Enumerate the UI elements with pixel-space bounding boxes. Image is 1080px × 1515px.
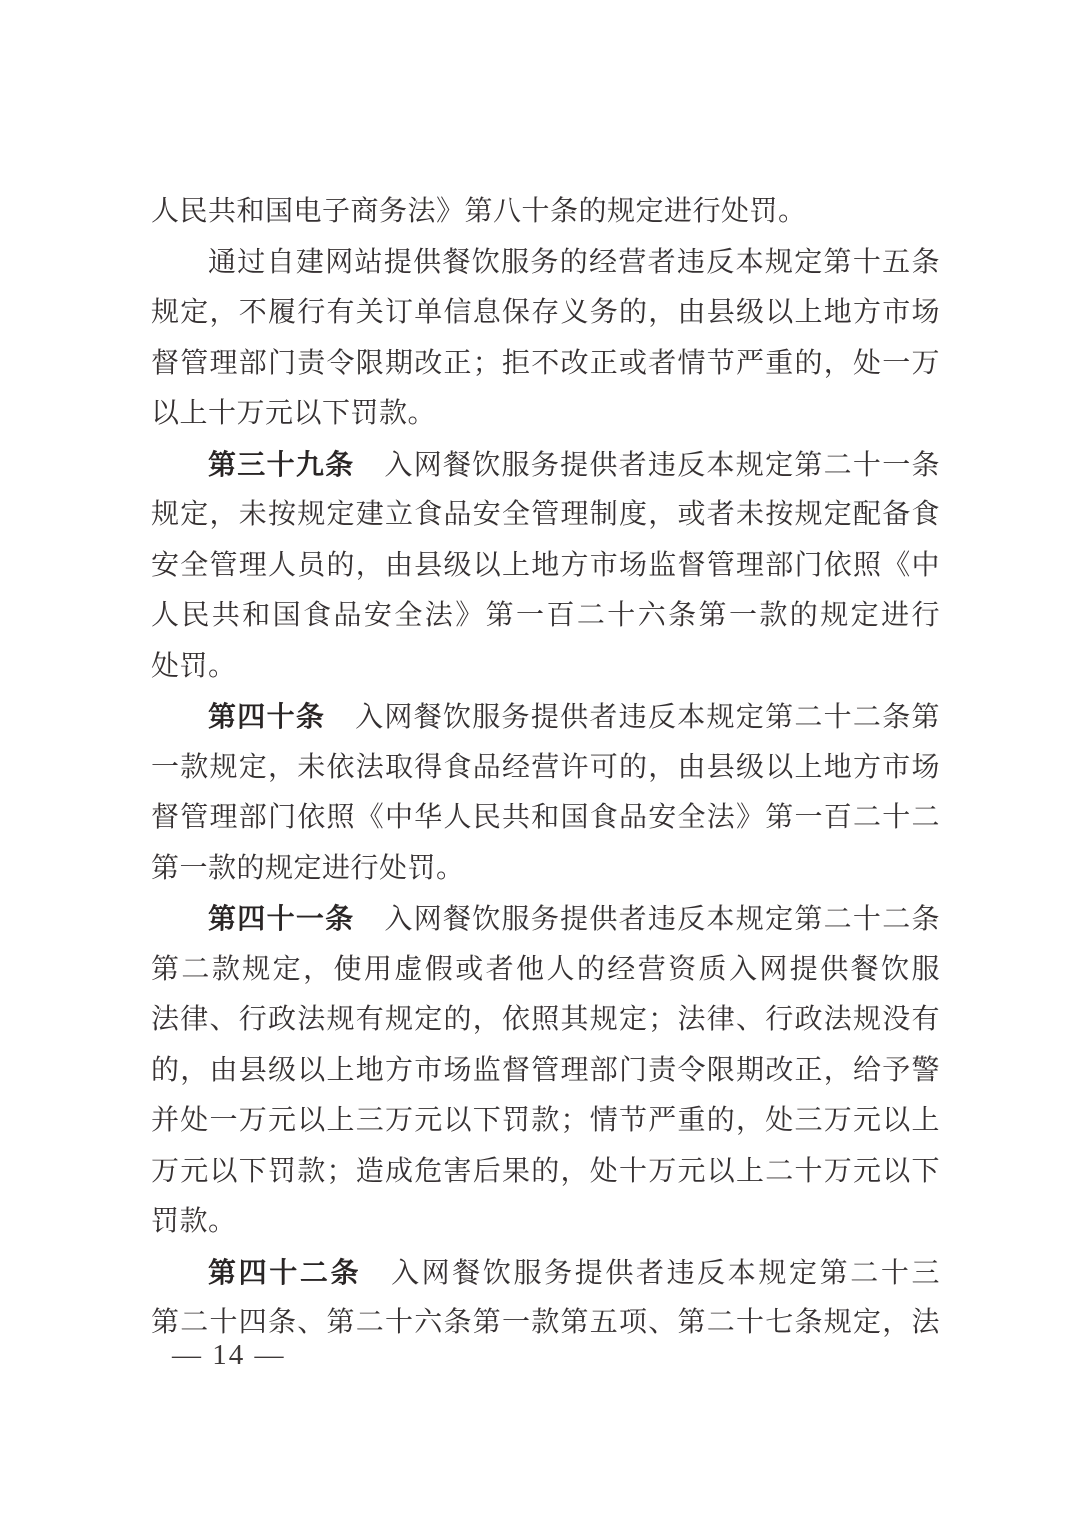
text-line: 万元以下罚款；造成危害后果的，处十万元以上二十万元以下 xyxy=(151,1147,940,1198)
text-line: 规定，不履行有关订单信息保存义务的，由县级以上地方市场监 xyxy=(151,288,940,339)
document-body: 人民共和国电子商务法》第八十条的规定进行处罚。通过自建网站提供餐饮服务的经营者违… xyxy=(151,187,940,1349)
text-line: 罚款。 xyxy=(151,1197,940,1248)
text-line: 安全管理人员的，由县级以上地方市场监督管理部门依照《中华 xyxy=(151,541,940,592)
article-opening-line: 第四十一条入网餐饮服务提供者违反本规定第二十二条 xyxy=(151,894,940,945)
paragraph: 第三十九条入网餐饮服务提供者违反本规定第二十一条规定，未按规定建立食品安全管理制… xyxy=(151,440,940,693)
text-line: 人民共和国电子商务法》第八十条的规定进行处罚。 xyxy=(151,187,940,238)
paragraph: 第四十一条入网餐饮服务提供者违反本规定第二十二条第二款规定，使用虚假或者他人的经… xyxy=(151,894,940,1248)
text-line: 第一款的规定进行处罚。 xyxy=(151,844,940,895)
text-line: 处罚。 xyxy=(151,642,940,693)
paragraph: 通过自建网站提供餐饮服务的经营者违反本规定第十五条规定，不履行有关订单信息保存义… xyxy=(151,238,940,440)
article-number: 第四十二条 xyxy=(208,1257,361,1288)
paragraph: 第四十二条入网餐饮服务提供者违反本规定第二十三条、第二十四条、第二十六条第一款第… xyxy=(151,1248,940,1349)
text-line: 督管理部门责令限期改正；拒不改正或者情节严重的，处一万元 xyxy=(151,339,940,390)
text-line: 的，由县级以上地方市场监督管理部门责令限期改正，给予警告， xyxy=(151,1046,940,1097)
text-line: 人民共和国食品安全法》第一百二十六条第一款的规定进行 xyxy=(151,591,940,642)
page-footer: — 14 — xyxy=(172,1338,286,1372)
text-line: 规定，未按规定建立食品安全管理制度，或者未按规定配备食品 xyxy=(151,490,940,541)
text-line: 督管理部门依照《中华人民共和国食品安全法》第一百二十二条 xyxy=(151,793,940,844)
line-text: 入网餐饮服务提供者违反本规定第二十一条 xyxy=(384,450,940,481)
article-number: 第三十九条 xyxy=(208,449,354,480)
page-number: — 14 — xyxy=(172,1339,286,1371)
text-line: 一款规定，未依法取得食品经营许可的，由县级以上地方市场监 xyxy=(151,743,940,794)
paragraph: 第四十条入网餐饮服务提供者违反本规定第二十二条第一款规定，未依法取得食品经营许可… xyxy=(151,692,940,894)
text-line: 并处一万元以上三万元以下罚款；情节严重的，处三万元以上十 xyxy=(151,1096,940,1147)
line-text: 入网餐饮服务提供者违反本规定第二十二条第 xyxy=(355,702,940,733)
article-opening-line: 第四十二条入网餐饮服务提供者违反本规定第二十三条、 xyxy=(151,1248,940,1299)
text-line: 通过自建网站提供餐饮服务的经营者违反本规定第十五条 xyxy=(151,238,940,289)
article-number: 第四十条 xyxy=(208,701,325,732)
text-line: 法律、行政法规有规定的，依照其规定；法律、行政法规没有规定 xyxy=(151,995,940,1046)
text-line: 第二款规定，使用虚假或者他人的经营资质入网提供餐饮服务， xyxy=(151,945,940,996)
paragraph: 人民共和国电子商务法》第八十条的规定进行处罚。 xyxy=(151,187,940,238)
line-text: 入网餐饮服务提供者违反本规定第二十二条 xyxy=(384,904,940,935)
article-number: 第四十一条 xyxy=(208,903,354,934)
document-page: 人民共和国电子商务法》第八十条的规定进行处罚。通过自建网站提供餐饮服务的经营者违… xyxy=(0,0,1080,1515)
text-line: 以上十万元以下罚款。 xyxy=(151,389,940,440)
article-opening-line: 第四十条入网餐饮服务提供者违反本规定第二十二条第 xyxy=(151,692,940,743)
article-opening-line: 第三十九条入网餐饮服务提供者违反本规定第二十一条 xyxy=(151,440,940,491)
